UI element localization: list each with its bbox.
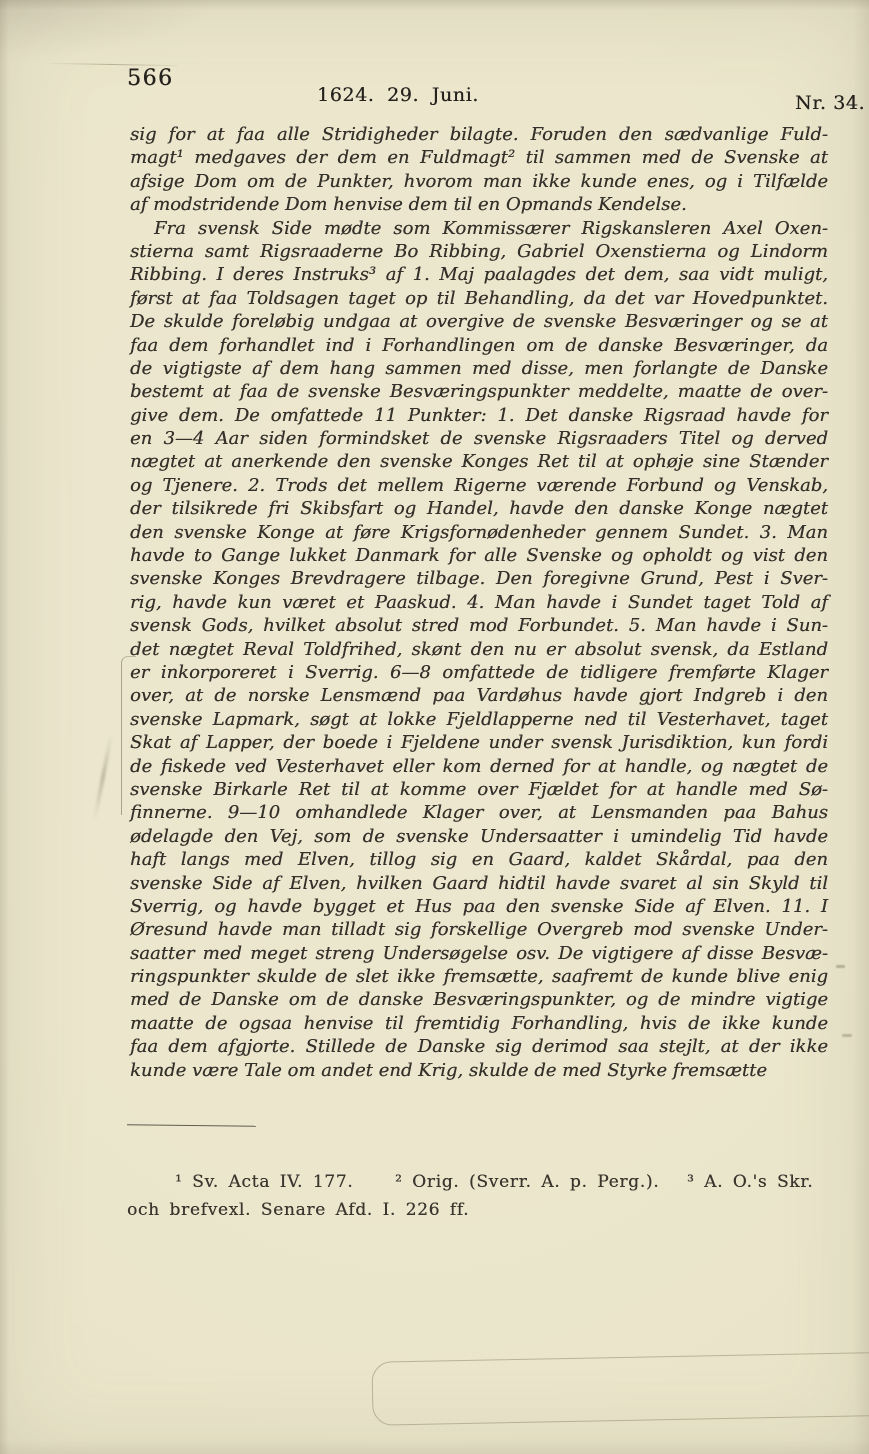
text-line: Skat af Lapper, der boede i Fjeldene und… [130, 731, 828, 754]
text-line: kunde være Tale om andet end Krig, skuld… [130, 1059, 828, 1082]
text-line: nægtet at anerkende den svenske Konges R… [130, 450, 828, 473]
text-line: finnerne. 9—10 omhandlede Klager over, a… [130, 801, 828, 824]
text-line: bestemt at faa de svenske Besværingspunk… [130, 380, 828, 403]
page-impression-outline [371, 1350, 869, 1426]
pencil-smudge [93, 733, 114, 820]
text-line: Ribbing. I deres Instruks³ af 1. Maj paa… [130, 263, 828, 286]
text-line: først at faa Toldsagen taget op til Beha… [130, 287, 828, 310]
scan-corner-shadow [0, 0, 220, 60]
footnote-2: ² Orig. (Sverr. A. p. Perg.). [395, 1172, 659, 1192]
text-line: de vigtigste af dem hang sammen med diss… [130, 357, 828, 380]
scanned-book-page: 566 1624. 29. Juni. Nr. 34. sig for at f… [0, 0, 869, 1454]
text-line: svenske Birkarle Ret til at komme over F… [130, 778, 828, 801]
text-line: svenske Side af Elven, hvilken Gaard hid… [130, 872, 828, 895]
text-line: give dem. De omfattede 11 Punkter: 1. De… [130, 404, 828, 427]
text-line: sig for at faa alle Stridigheder bilagte… [130, 123, 828, 146]
text-line: saatter med meget streng Undersøgelse os… [130, 942, 828, 965]
text-line: haft langs med Elven, tillog sig en Gaar… [130, 848, 828, 871]
text-line: afsige Dom om de Punkter, hvorom man ikk… [130, 170, 828, 193]
text-line: over, at de norske Lensmænd paa Vardøhus… [130, 684, 828, 707]
text-line: svenske Konges Brevdragere tilbage. Den … [130, 567, 828, 590]
text-line: med de Danske om de danske Besværingspun… [130, 988, 828, 1011]
body-text: sig for at faa alle Stridigheder bilagte… [130, 123, 828, 1082]
text-line: stierna samt Rigsraaderne Bo Ribbing, Ga… [130, 240, 828, 263]
footnote-3: ³ A. O.'s Skr. [687, 1172, 813, 1192]
text-line: havde to Gange lukket Danmark for alle S… [130, 544, 828, 567]
text-line: De skulde foreløbig undgaa at overgive d… [130, 310, 828, 333]
text-line: den svenske Konge at føre Krigsfornødenh… [130, 521, 828, 544]
text-line: Øresund havde man tilladt sig forskellig… [130, 918, 828, 941]
footnotes: ¹ Sv. Acta IV. 177. ² Orig. (Sverr. A. p… [123, 1172, 857, 1236]
header-date: 1624. 29. Juni. [317, 84, 479, 106]
text-line: af modstridende Dom henvise dem til en O… [130, 193, 828, 216]
text-line: er inkorporeret i Sverrig. 6—8 omfattede… [130, 661, 828, 684]
text-line: Fra svensk Side mødte som Kommissærer Ri… [130, 217, 828, 240]
text-line: magt¹ medgaves der dem en Fuldmagt² til … [130, 146, 828, 169]
text-line: svensk Gods, hvilket absolut stred mod F… [130, 614, 828, 637]
text-line: faa dem afgjorte. Stillede de Danske sig… [130, 1035, 828, 1058]
text-line: det nægtet Reval Toldfrihed, skønt den n… [130, 638, 828, 661]
text-line: maatte de ogsaa henvise til fremtidig Fo… [130, 1012, 828, 1035]
footnote-continuation: och brefvexl. Senare Afd. I. 226 ff. [127, 1200, 469, 1220]
footnote-rule [127, 1124, 256, 1127]
header-document-number: Nr. 34. [795, 92, 865, 114]
text-line: de fiskede ved Vesterhavet eller kom der… [130, 755, 828, 778]
edge-smudge [836, 965, 845, 968]
footnote-1: ¹ Sv. Acta IV. 177. [175, 1172, 353, 1192]
text-line: faa dem forhandlet ind i Forhandlingen o… [130, 334, 828, 357]
text-line: Sverrig, og havde bygget et Hus paa den … [130, 895, 828, 918]
text-line: og Tjenere. 2. Trods det mellem Rigerne … [130, 474, 828, 497]
text-line: der tilsikrede fri Skibsfart og Handel, … [130, 497, 828, 520]
text-line: ringspunkter skulde de slet ikke fremsæt… [130, 965, 828, 988]
text-line: svenske Lapmark, søgt at lokke Fjeldlapp… [130, 708, 828, 731]
page-number: 566 [127, 66, 174, 91]
text-line: rig, havde kun været et Paaskud. 4. Man … [130, 591, 828, 614]
edge-smudge [842, 1034, 852, 1037]
text-line: ødelagde den Vej, som de svenske Undersa… [130, 825, 828, 848]
text-line: en 3—4 Aar siden formindsket de svenske … [130, 427, 828, 450]
